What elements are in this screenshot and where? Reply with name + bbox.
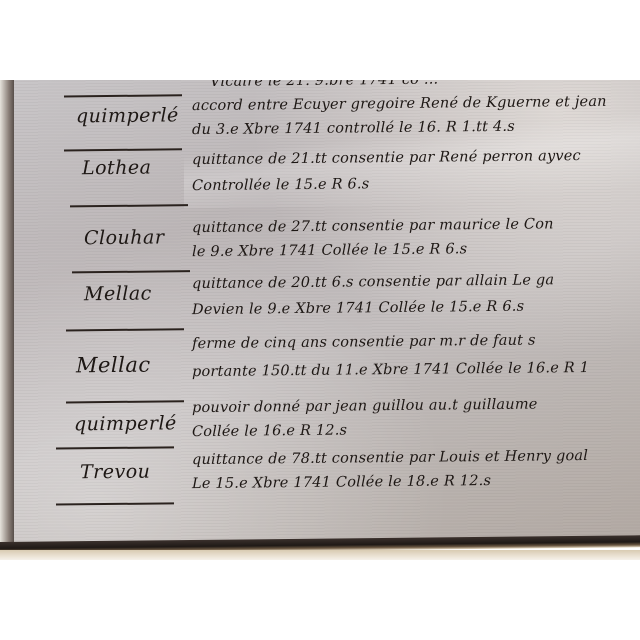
place-name: Clouhar xyxy=(84,226,202,249)
place-name: Mellac xyxy=(84,282,202,305)
entry-line: Le 15.e Xbre 1741 Collée le 18.e R 12.s xyxy=(192,473,491,492)
place-name: Lothea xyxy=(82,156,200,179)
entry-line: pouvoir donné par jean guillou au.t guil… xyxy=(192,397,538,417)
margin-rule xyxy=(64,148,182,151)
margin-rule xyxy=(56,446,174,449)
entry-line: quittance de 78.tt consentie par Louis e… xyxy=(192,448,588,468)
entry-line: le 9.e Xbre 1741 Collée le 15.e R 6.s xyxy=(192,241,467,260)
document-photo: Vicaire le 21. 9.bre 1741 co ... quimper… xyxy=(0,80,640,560)
entry-line: Controllée le 15.e R 6.s xyxy=(192,176,369,194)
margin-rule xyxy=(64,94,182,97)
manuscript-page: Vicaire le 21. 9.bre 1741 co ... quimper… xyxy=(14,80,640,550)
entry-line: Devien le 9.e Xbre 1741 Collée le 15.e R… xyxy=(192,299,524,318)
place-name: quimperlé xyxy=(74,412,192,435)
entry-line: du 3.e Xbre 1741 controllé le 16. R 1.tt… xyxy=(192,119,515,138)
entry-line: ferme de cinq ans consentie par m.r de f… xyxy=(192,333,536,353)
place-name: Trevou xyxy=(80,460,198,483)
page-shadow xyxy=(0,550,640,560)
place-name: quimperlé xyxy=(76,104,194,127)
margin-rule xyxy=(72,270,190,273)
entry-line: Collée le 16.e R 12.s xyxy=(192,423,347,441)
place-name: Mellac xyxy=(76,352,194,377)
entry-line: quittance de 27.tt consentie par maurice… xyxy=(192,216,554,236)
margin-rule xyxy=(66,400,184,403)
entry-line: quittance de 20.tt 6.s consentie par all… xyxy=(192,272,554,292)
margin-rule xyxy=(66,328,184,331)
margin-rule xyxy=(70,204,188,207)
margin-rule xyxy=(56,502,174,505)
entry-line: portante 150.tt du 11.e Xbre 1741 Collée… xyxy=(192,360,589,380)
